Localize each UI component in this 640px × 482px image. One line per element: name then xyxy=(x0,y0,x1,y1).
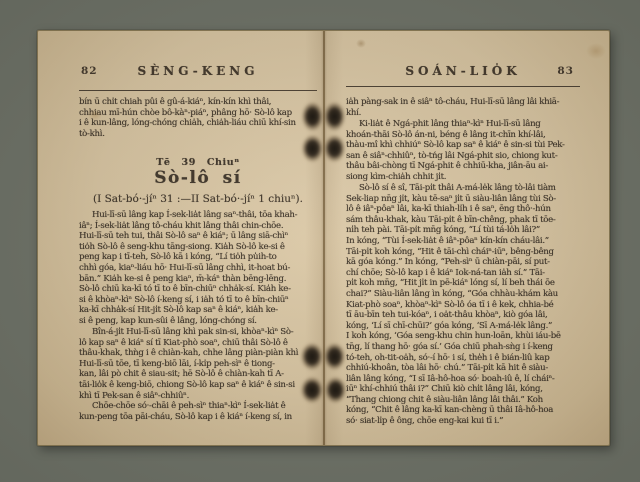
text-line: kóng, “Chit ê lâng ka-kī kan-chèng ū thâ… xyxy=(346,405,580,416)
text-line: siong kìm-chia̍h chhit ji̍t. xyxy=(346,172,580,183)
ink-blot xyxy=(323,101,346,132)
text-line: Tāi-pi̍t koh kóng, “Hit ê tāi-chì cháiⁿ-… xyxy=(346,247,580,258)
paragraph: Ki-lia̍t ê Ngá-phit lâng thiaⁿ-kìⁿ Hui-l… xyxy=(346,119,580,183)
text-line: Bîn-á-ji̍t Hui-lī-sū lâng khì pak sin-si… xyxy=(79,327,317,338)
right-page-number: 83 xyxy=(557,65,574,77)
ink-blot xyxy=(300,376,324,404)
text-line: Ki-lia̍t ê Ngá-phit lâng thiaⁿ-kìⁿ Hui-l… xyxy=(346,119,580,130)
text-line: chí chōe; Sò-lô kap i ê kiáⁿ Iok-ná-tan … xyxy=(346,268,580,279)
text-line: lô ê iâⁿ-pôaⁿ lâi, ka-kī thiah-li̍h i ê … xyxy=(346,204,580,215)
ink-blot xyxy=(301,101,324,132)
paragraph: Bîn-á-ji̍t Hui-lī-sū lâng khì pak sin-si… xyxy=(79,327,317,401)
text-line: kóng, ‘Lí sī chī-chūi?’ góa kóng, ‘Sī A-… xyxy=(346,321,580,332)
ink-blot xyxy=(323,342,346,371)
text-line: kun-peng tōa pāi-cháu, Sò-lô kap i ê kiá… xyxy=(79,412,317,423)
text-line: tī āu-bīn teh tui-kóaⁿ, i oa̍t-thâu khòa… xyxy=(346,310,580,321)
text-line: si ê khòaⁿ-kìⁿ Sò-lô í-keng sí, i ia̍h t… xyxy=(79,295,317,306)
text-line: khí. xyxy=(346,108,580,119)
text-line: si ê peng, kap kun-sûi ê lâng, lóng-chón… xyxy=(79,316,317,327)
chapter-number: Tē 39 Chiuⁿ xyxy=(79,157,317,168)
text-line: Hui-lī-sū tōe, tī keng-biō lāi, í-ki̍p p… xyxy=(79,359,317,370)
text-line: I koh kóng, ‘Góa seng-khu chin hun-loān,… xyxy=(346,331,580,342)
left-running-title: SÈNG-KENG xyxy=(79,64,317,78)
right-header-rule xyxy=(346,86,580,87)
paper-stain xyxy=(586,43,606,59)
text-line: iâⁿ; Í-sek-lia̍t lâng tô-cháu khit lâng … xyxy=(79,221,317,232)
scanner-background: { "left": { "page_number": "82", "runnin… xyxy=(0,0,640,482)
text-line: tio̍h Sò-lô ê seng-khu tāng-siong. Kia̍h… xyxy=(79,242,317,253)
text-line: i ê kun-lâng, lóng-chóng chia̍h, chia̍h-… xyxy=(79,118,317,129)
text-line: chhì góa, kiaⁿ-liáu hō· Hui-lī-sū lâng c… xyxy=(79,263,317,274)
text-line: thàu-mî khì chhiúⁿ Sò-lô kap saⁿ ê kiáⁿ … xyxy=(346,140,580,151)
paragraph-continuation: bín ū chi̍t chiah pûi ê gû-á-kiáⁿ, kín-k… xyxy=(79,97,317,139)
text-line: bín ū chi̍t chiah pûi ê gû-á-kiáⁿ, kín-k… xyxy=(79,97,317,108)
text-line: san ê siâⁿ-chhiûⁿ, tò-tńg lâi Ngá-phit s… xyxy=(346,151,580,162)
text-line: lô kap saⁿ ê kiáⁿ sí tī Kiat-phò soaⁿ, c… xyxy=(79,338,317,349)
text-line: Sò-lô chiū ka-kī tó tī to ê bīn-chiūⁿ ch… xyxy=(79,284,317,295)
paragraph: Sò-lô sí ê sî, Tāi-pi̍t thâi A-má-le̍k l… xyxy=(346,183,580,427)
ink-blot xyxy=(324,376,347,404)
paragraph: Hui-lī-sū lâng kap Í-sek-lia̍t lâng saⁿ-… xyxy=(79,210,317,327)
text-line: thâu-khak, thǹg i ê chiàn-kah, chhe lâng… xyxy=(79,348,317,359)
text-line: thâu bâi-chòng tī Ngá-phit ê chhiū-kha, … xyxy=(346,161,580,172)
chapter-title: Sò-lô sí xyxy=(79,168,317,188)
text-line: Hui-lī-sū teh tui, thâi Sò-lô saⁿ ê kiáⁿ… xyxy=(79,231,317,242)
text-line: tò-khì. xyxy=(79,129,317,140)
ink-blot xyxy=(301,134,324,163)
text-line: iūⁿ khí-chhiú thâi i?” Chiū kiò chi̍t lâ… xyxy=(346,384,580,395)
scripture-reference: (I Sat-bó·-jíⁿ 31 :—II Sat-bó·-jíⁿ 1 chi… xyxy=(79,193,317,205)
text-line: ka-kī chha̍k-sí Hit-ji̍t Sò-lô kap saⁿ ê… xyxy=(79,305,317,316)
text-line: sám thâu-khak, kàu Tāi-pi̍t ê bīn-chêng,… xyxy=(346,215,580,226)
text-line: kan, lâi pò chit ê siau-sit; hē Sò-lô ê … xyxy=(79,369,317,380)
text-line: tó-teh, oh-tit-oa̍h, só·-í hō· i sí, the… xyxy=(346,353,580,364)
text-line: peng kap i tī-teh, Sò-lô kā i kóng, “Lí … xyxy=(79,252,317,263)
book-spread: 82 SÈNG-KENG bín ū chi̍t chiah pûi ê gû-… xyxy=(37,30,610,446)
text-line: tāi-lio̍k ê keng-biō, chiong Sò-lô kap s… xyxy=(79,380,317,391)
text-line: khoán-thāi Sò-lô án-ni, béng ê lâng it-c… xyxy=(346,130,580,141)
left-header-rule xyxy=(79,90,317,91)
ink-blot xyxy=(300,342,324,371)
right-page: SOÁN-LIO̍K 83 ia̍h pàng-sak in ê siâⁿ tô… xyxy=(346,31,580,445)
text-line: só· siat-li̍p ê ông, chōe eng-kai kui tī… xyxy=(346,416,580,427)
ink-blot xyxy=(323,134,346,163)
text-line: khì tī Pek-san ê siâⁿ-chhiûⁿ. xyxy=(79,391,317,402)
text-line: chhiú-khoân, tòa lâi hō· chú.” Tāi-pi̍t … xyxy=(346,363,580,374)
paragraph-continuation: ia̍h pàng-sak in ê siâⁿ tô-cháu, Hui-lī-… xyxy=(346,97,580,118)
text-line: kā góa kóng.” In kóng, “Peh-sìⁿ ū chiàn-… xyxy=(346,257,580,268)
text-line: ia̍h pàng-sak in ê siâⁿ tô-cháu, Hui-lī-… xyxy=(346,97,580,108)
paragraph: Chōe-chōe só·-chāi ê peh-sìⁿ thiaⁿ-kìⁿ Í… xyxy=(79,401,317,422)
text-line: chai?” Siàu-liân lâng ìn kóng, “Góa chhà… xyxy=(346,289,580,300)
text-line: “Thang chiong chit ê siàu-liân lâng lâi … xyxy=(346,395,580,406)
text-line: ni̍h teh pài. Tāi-pi̍t mn̄g kóng, “Lí tù… xyxy=(346,225,580,236)
text-line: Hui-lī-sū lâng kap Í-sek-lia̍t lâng saⁿ-… xyxy=(79,210,317,221)
text-line: bān.” Kia̍h ke-si ê peng kiaⁿ, m̄-káⁿ th… xyxy=(79,274,317,285)
text-line: liân lâng kóng, “I sī Iâ-hô-hoa só· boah… xyxy=(346,374,580,385)
text-line: Sò-lô sí ê sî, Tāi-pi̍t thâi A-má-le̍k l… xyxy=(346,183,580,194)
text-line: Sek-liap nn̄g ji̍t, kàu tē-saⁿ ji̍t ū si… xyxy=(346,194,580,205)
text-line: chhiau mī-hún chòe bô-kàⁿ-piáⁿ, phâng hō… xyxy=(79,108,317,119)
right-running-title: SOÁN-LIO̍K xyxy=(346,64,580,78)
left-page: 82 SÈNG-KENG bín ū chi̍t chiah pûi ê gû-… xyxy=(79,31,317,445)
text-line: pi̍t koh mn̄g, “Hit ji̍t in pē-kiáⁿ lóng… xyxy=(346,278,580,289)
text-line: Kiat-phò soaⁿ, khòaⁿ-kìⁿ Sò-lô óa tī i ê… xyxy=(346,300,580,311)
text-line: In kóng, “Tùi Í-sek-lia̍t ê iâⁿ-pôaⁿ kín… xyxy=(346,236,580,247)
left-running-head: 82 SÈNG-KENG xyxy=(79,64,317,78)
text-line: Chōe-chōe só·-chāi ê peh-sìⁿ thiaⁿ-kìⁿ Í… xyxy=(79,401,317,412)
right-running-head: SOÁN-LIO̍K 83 xyxy=(346,64,580,78)
left-page-number: 82 xyxy=(81,65,98,77)
text-line: tn̄g, lí thang hō· góa sí.’ Góa chiū pha… xyxy=(346,342,580,353)
